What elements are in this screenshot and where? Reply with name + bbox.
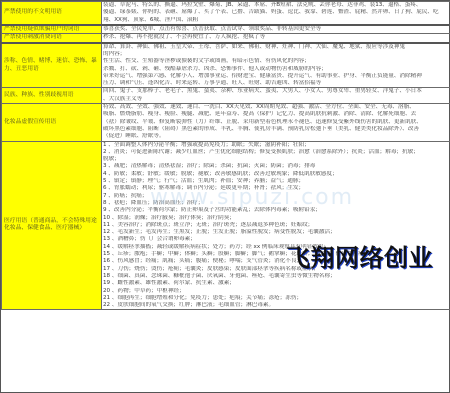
words-cell: 装逼、草泥马、特么的、撕逼、玛拉戈壁、爆菊、JB、呆逼、本屌、齐B短裙、法克鱿、… — [102, 2, 450, 25]
category-cell: 化妆品虚假宣传用语 — [2, 104, 102, 141]
words-line: 2 、消炎；可促进新陈代谢；减少红血丝；产生优化细胞结构；修复受损肌肤；治愈（治… — [103, 149, 450, 156]
words-line: 10 、除湿；润燥；治疗腋臭；治疗体臭；治疗阴臭； — [103, 215, 450, 222]
words-line: 秒杀、抢爆、再不抢就没了、不会再便宜了、万人疯抢、抢疯了等 — [103, 34, 450, 41]
words-line: 3 、减肥；清热解毒；清热祛湿；治疗；除菌；杀菌；抗菌；灭菌；防菌；消毒；排毒 — [103, 163, 450, 170]
table-row: 涉称、色情、赌博、迷信、恐怖、暴力、丑恶用语算命、算卦、神仙、佛祖、玉皇大帝、王… — [2, 43, 450, 88]
words-line: 傻逼、绿茶婊、你妈的、表砸、屌爆了、买了个表、已撸、吉跋猫、妈蛋、逗比、我靠、碧… — [103, 9, 450, 16]
words-line: 杀戮、打、砍、剁、砸、残酷暴虐杀力、凶杀、恐怖事件、他人或动物伤害和威胁的内容； — [103, 66, 450, 73]
words-line: 吸脂、燃烧脂肪、瘦身、瘦脸、瘦腿、减肥、延年益寿、提高（保护）记忆力、提高肌肤抗… — [103, 111, 450, 118]
words-line: 12 、毛发新生；毛发再生；生黑发；止脱；生发止脱；脂溢性脱发；病变性脱发；毛囊… — [103, 229, 450, 236]
table-row: 民族、种族、性别歧视用语回回、鬼子、支那棒子、老毛子、黑鬼、蛮夷、杂种、东亚病夫… — [2, 88, 450, 104]
words-line: 装逼、草泥马、特么的、撕逼、玛拉戈壁、爆菊、JB、呆逼、本屌、齐B短裙、法克鱿、… — [103, 2, 450, 9]
table-row: 严禁使用疑似欺骗用户的词语恭喜获奖、全民免单、点击有惊喜、点击获取、点击试穿、领… — [2, 25, 450, 34]
words-cell: 回回、鬼子、支那棒子、老毛子、黑鬼、蛮夷、杂种、东亚病夫、蛮夷、大男人、小女人、… — [102, 88, 450, 104]
faint-watermark: www.sipuzi.com — [150, 185, 354, 210]
words-line: 11 、美容治疗；消除斑点；斑立净；无斑；治疗斑秃；逐层减退多种色斑；妊娠纹； — [103, 222, 450, 229]
category-cell: 涉称、色情、赌博、迷信、恐怖、暴力、丑恶用语 — [2, 43, 102, 88]
words-line: 翔、XX狗、顶家、6城、淫户国、滚粗 — [103, 17, 450, 24]
words-line: 特效、高效、全效、强效、速效、速白、一洗白、XX天见效、XX周期见效、超强、激活… — [103, 104, 450, 111]
watermark-text: 飞翔网络创业 — [286, 238, 433, 273]
words-line: 算命、算卦、神仙、佛祖、玉皇大帝、王母、菩萨、如来、佛祖、财神、灶神、门神、大仙… — [103, 44, 450, 51]
words-line: 的内容； — [103, 51, 450, 58]
words-line: 性生活、性交、生殖器等淫秽或猥亵的文字或图画，有暗示色情、有伤风化的内容； — [103, 58, 450, 65]
words-line: 21 、细胞再生；细胞增殖和分化；免疫力；患处；疤痕；关节痛；冻疮；冻伤； — [103, 295, 450, 302]
words-line: （祛）除皱纹、平皱、修复断裂弹性（力）纤维、止脱、采用新型着色机理永不褪色、迅速… — [103, 119, 450, 126]
category-cell: 严禁使用刺激消费词语 — [2, 34, 102, 43]
words-line: 4 、防敏；柔敏；舒敏；缓敏；脱敏；褪敏；改善敏感肌肤；改善过敏现象；降低肌肤敏… — [103, 171, 450, 178]
words-line: 22 、皮肤细胞间的氧气交换；红肿；淋巴液；毛细血管；淋巴毒素。 — [103, 302, 450, 309]
words-line: 破坏黑色素细胞、阻断（阻碍）黑色素的形成、丰乳、丰胸、使乳房丰满、预防乳房松弛下… — [103, 126, 450, 133]
table-row: 医疗用语（普通商品，不会特殊用途化妆品、保健食品、医疗器械）1 、全面调整人体内… — [2, 141, 450, 310]
words-cell: 算命、算卦、神仙、佛祖、玉皇大帝、王母、菩萨、如来、佛祖、财神、灶神、门神、大仙… — [102, 43, 450, 88]
category-cell: 严禁使用疑似欺骗用户的词语 — [2, 25, 102, 34]
words-line: 压力、调和气压、逢凶化吉、时来运转、万事亨通、旺人、旺财、助吉避凶、转富招福等 — [103, 80, 450, 87]
words-line: （促进）睡眠、舒眠等。 — [103, 133, 450, 140]
table-row: 化妆品虚假宣传用语特效、高效、全效、强效、速效、速白、一洗白、XX天见效、XX周… — [2, 104, 450, 141]
words-line: 脱敏； — [103, 156, 450, 163]
table-row: 严禁使用的不文明用语装逼、草泥马、特么的、撕逼、玛拉戈壁、爆菊、JB、呆逼、本屌… — [2, 2, 450, 25]
words-cell: 1 、全面调整人体内分泌平衡；增强或提高免疫力；助眠；失眠；滋阴补阳；壮阳；2 … — [102, 141, 450, 310]
category-cell: 严禁使用的不文明用语 — [2, 2, 102, 25]
category-cell: 医疗用语（普通商品，不会特殊用途化妆品、保健食品、医疗器械） — [2, 141, 102, 310]
words-line: 20 、药物；中草药；中枢神经； — [103, 288, 450, 295]
words-cell: 秒杀、抢爆、再不抢就没了、不会再便宜了、万人疯抢、抢疯了等 — [102, 34, 450, 43]
words-line: 19 、雌性激素、雄性激素、荷尔蒙、抗生素、激素； — [103, 280, 450, 287]
words-line: 18 、细菌、真菌、念珠菌、糠秕孢子菌、厌氧菌、牙孢菌、痤疮、毛囊寄生虫等微生物… — [103, 273, 450, 280]
words-line: 恭喜获奖、全民免单、点击有惊喜、点击获取、点击试穿、领取奖品、非转基因更安全等 — [103, 26, 450, 33]
table-row: 严禁使用刺激消费词语秒杀、抢爆、再不抢就没了、不会再便宜了、万人疯抢、抢疯了等 — [2, 34, 450, 43]
category-cell: 民族、种族、性别歧视用语 — [2, 88, 102, 104]
words-cell: 特效、高效、全效、强效、速效、速白、一洗白、XX天见效、XX周期见效、超强、激活… — [102, 104, 450, 141]
words-line: 带来好运气、增强第六感、化解小人、增加事业运、招财进宝、健康富贵、提升运气、有助… — [103, 73, 450, 80]
words-cell: 恭喜获奖、全民免单、点击有惊喜、点击获取、点击试穿、领取奖品、非转基因更安全等 — [102, 25, 450, 34]
words-line: 1 、全面调整人体内分泌平衡；增强或提高免疫力；助眠；失眠；滋阴补阳；壮阳； — [103, 142, 450, 149]
words-line: 、大汉族主义等 — [103, 96, 450, 103]
words-line: 回回、鬼子、支那棒子、老毛子、黑鬼、蛮夷、杂种、东亚病夫、蛮夷、大男人、小女人、… — [103, 88, 450, 95]
